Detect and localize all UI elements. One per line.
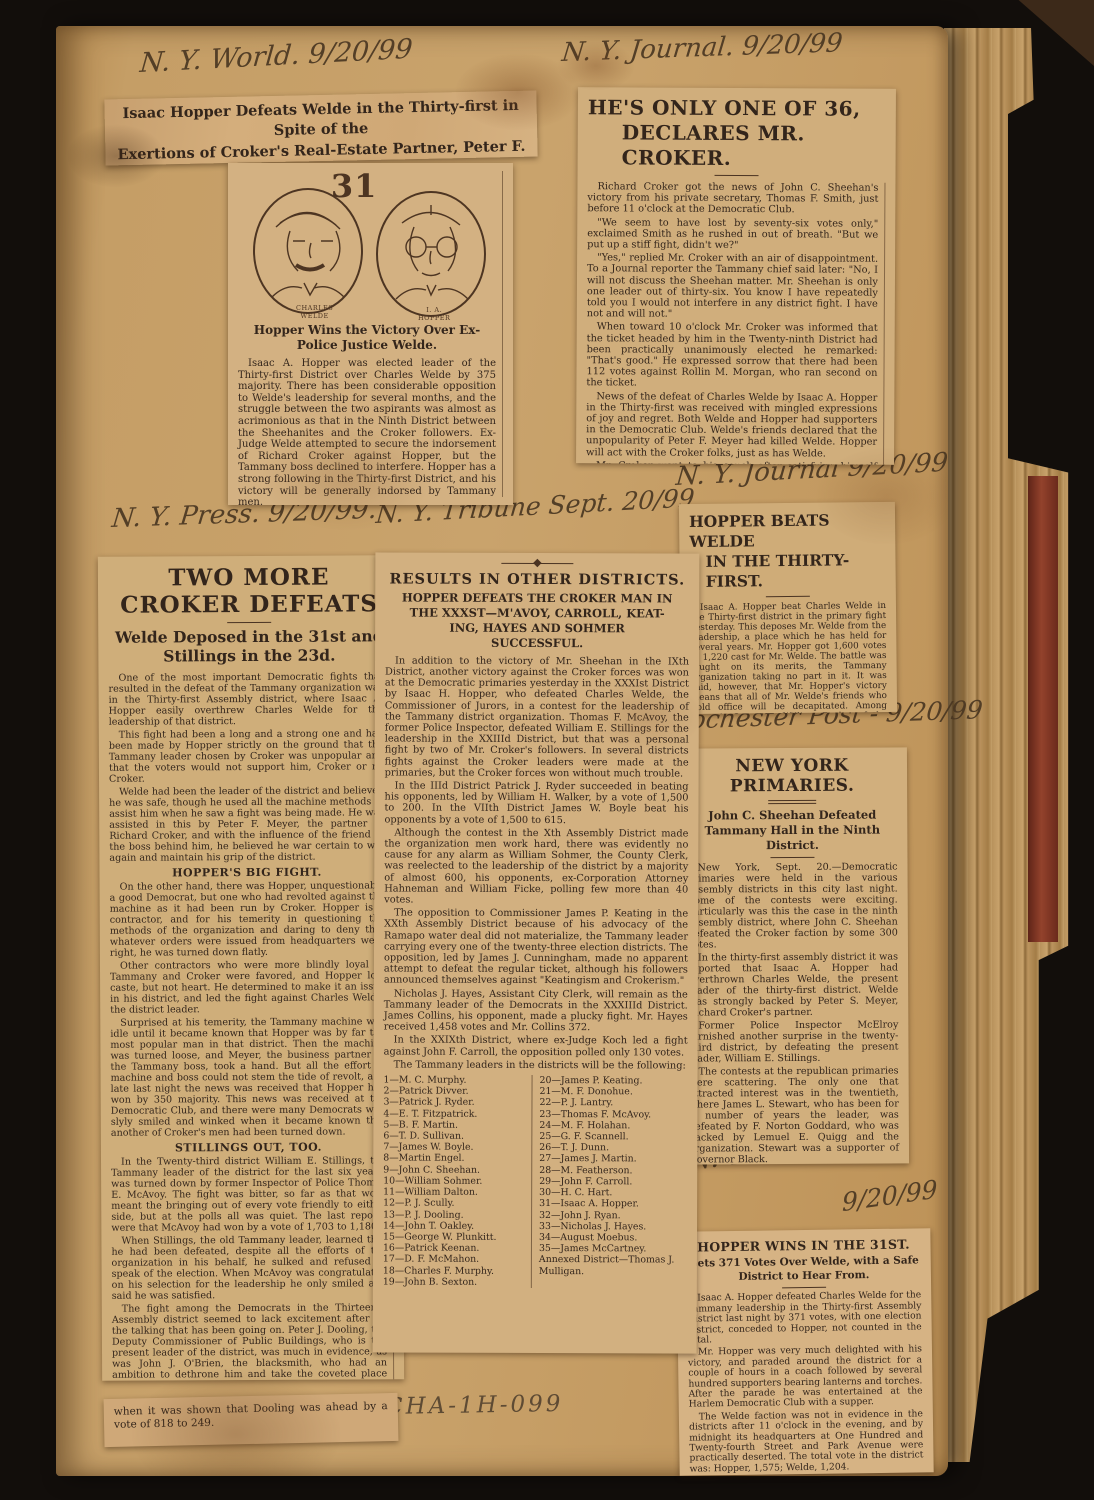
- headline: NEW YORK PRIMARIES.: [687, 755, 897, 796]
- clipping-hopper-beats-welde: HOPPER BEATS WELDE IN THE THIRTY-FIRST. …: [679, 502, 897, 714]
- headline-line: HE'S ONLY ONE OF 36,: [588, 95, 886, 122]
- leader-entry: 7—James W. Boyle.: [383, 1142, 531, 1154]
- clipping-press-tail: when it was shown that Dooling was ahead…: [104, 1393, 399, 1447]
- paragraph: This fight had been a long and a strong …: [109, 728, 384, 784]
- subheadline-line: HOPPER DEFEATS THE CROKER MAN IN: [385, 590, 689, 606]
- leader-entry: 11—William Dalton.: [383, 1187, 531, 1199]
- leader-entry: 13—P. J. Dooling.: [383, 1209, 531, 1221]
- paragraph: One of the most important Democratic fig…: [108, 671, 383, 727]
- portraits-illustration: 31: [238, 171, 496, 319]
- leader-entry: 5—B. F. Martin.: [383, 1119, 531, 1131]
- scrapbook-page: N. Y. World. 9/20/99 N. Y. Journal. 9/20…: [56, 26, 948, 1476]
- leader-entry: 12—P. J. Scully.: [383, 1198, 531, 1210]
- leader-entry: 21—M. F. Donohue.: [539, 1086, 687, 1098]
- leader-entry: 10—William Sohmer.: [383, 1175, 531, 1187]
- handwriting-ny-journal-top: N. Y. Journal. 9/20/99: [560, 28, 844, 68]
- paragraph: In the Twenty-third district William E. …: [111, 1155, 386, 1233]
- leader-entry: 19—John B. Sexton.: [383, 1276, 531, 1288]
- paragraph: Welde had been the leader of the distric…: [109, 785, 384, 863]
- printer-rule: [768, 800, 816, 804]
- leader-entry: 34—August Moebus.: [539, 1232, 687, 1244]
- article-body: In addition to the victory of Mr. Sheeha…: [384, 655, 689, 1071]
- article-body: One of the most important Democratic fig…: [108, 671, 384, 863]
- leader-entry: 32—John J. Ryan.: [539, 1210, 687, 1222]
- section-header: STILLINGS OUT, TOO.: [111, 1141, 386, 1153]
- leaders-column-2: 20—James P. Keating.21—M. F. Donohue.22—…: [531, 1075, 688, 1288]
- leaders-column-1: 1—M. C. Murphy.2—Patrick Divver.3—Patric…: [383, 1075, 532, 1288]
- paragraph: Isaac A. Hopper beat Charles Welde in th…: [690, 601, 888, 715]
- clipping-hopper-wins-31st: HOPPER WINS IN THE 31ST. Gets 371 Votes …: [676, 1228, 933, 1476]
- district-number-label: 31: [331, 167, 378, 205]
- paragraph: "Yes," replied Mr. Croker with an air of…: [587, 252, 878, 321]
- headline-line: IN THE THIRTY-FIRST.: [689, 550, 885, 592]
- paragraph: On the other hand, there was Hopper, unq…: [110, 880, 385, 958]
- headline-line: HOPPER BEATS WELDE: [689, 510, 885, 552]
- paragraph: In addition to the victory of Mr. Sheeha…: [385, 655, 689, 779]
- book-page-edges: [944, 28, 1072, 1462]
- paragraph: When toward 10 o'clock Mr. Croker was in…: [586, 322, 877, 391]
- printer-rule: [227, 622, 271, 623]
- article-body: Isaac A. Hopper was elected leader of th…: [238, 358, 496, 505]
- leader-entry: 27—James J. Martin.: [539, 1153, 687, 1165]
- leader-entry: 15—George W. Plunkitt.: [383, 1231, 531, 1243]
- article-body: New York, Sept. 20.—Democratic primaries…: [688, 861, 900, 1164]
- leader-entry: 17—D. F. McMahon.: [383, 1254, 531, 1266]
- leader-entry: 4—E. T. Fitzpatrick.: [383, 1108, 531, 1120]
- leader-entry: 9—John C. Sheehan.: [383, 1164, 531, 1176]
- paragraph: In the thirty-first assembly district it…: [688, 951, 898, 1018]
- leader-entry: 29—John F. Carroll.: [539, 1176, 687, 1188]
- leader-entry: 28—M. Featherson.: [539, 1165, 687, 1177]
- leader-entry: 22—P. J. Lantry.: [539, 1097, 687, 1109]
- paragraph: Mr. Hopper was very much delighted with …: [688, 1345, 923, 1411]
- leader-entry: 24—M. F. Holahan.: [539, 1120, 687, 1132]
- clipping-two-more-croker-defeats: TWO MORE CROKER DEFEATS Welde Deposed in…: [98, 555, 404, 1381]
- article-body: Isaac A. Hopper beat Charles Welde in th…: [690, 601, 888, 715]
- leader-entry: 6—T. D. Sullivan.: [383, 1131, 531, 1143]
- article-body: Richard Croker got the news of John C. S…: [586, 181, 886, 465]
- paragraph: New York, Sept. 20.—Democratic primaries…: [688, 861, 898, 950]
- book-edge-red-band: [1028, 476, 1058, 942]
- clipping-croker-declares: HE'S ONLY ONE OF 36, DECLARES MR. CROKER…: [576, 87, 896, 465]
- paragraph: Isaac A. Hopper was elected leader of th…: [238, 358, 496, 505]
- leader-entry: 2—Patrick Divver.: [383, 1086, 531, 1098]
- paragraph: Former Police Inspector McElroy furnishe…: [688, 1019, 898, 1064]
- handwriting-ny-times-date: 9/20/99: [842, 1174, 937, 1217]
- paragraph: Isaac A. Hopper defeated Charles Welde f…: [687, 1291, 922, 1346]
- paragraph: In the XXIXth District, where ex-Judge K…: [384, 1035, 688, 1058]
- paragraph: The opposition to Commissioner James P. …: [384, 908, 688, 987]
- leader-entry: 26—T. J. Dunn.: [539, 1142, 687, 1154]
- scrapbook-photo: N. Y. World. 9/20/99 N. Y. Journal. 9/20…: [0, 0, 1094, 1500]
- subheadline-line: ING, HAYES AND SOHMER: [385, 620, 689, 636]
- leader-entry: 14—John T. Oakley.: [383, 1220, 531, 1232]
- subheadline: Gets 371 Votes Over Welde, with a Safe D…: [687, 1254, 921, 1285]
- headline: HOPPER WINS IN THE 31ST.: [686, 1236, 920, 1254]
- section-header: HOPPER'S BIG FIGHT.: [109, 866, 384, 878]
- printer-rule: [766, 595, 810, 596]
- subheadline-line: SUCCESSFUL.: [385, 635, 689, 651]
- leader-entry: 33—Nicholas J. Hayes.: [539, 1221, 687, 1233]
- leader-entry: 30—H. C. Hart.: [539, 1187, 687, 1199]
- paragraph: "We seem to have lost by seventy-six vot…: [587, 217, 878, 252]
- leader-entry: 1—M. C. Murphy.: [384, 1075, 532, 1087]
- leader-entry: Annexed District—Thomas J. Mulligan.: [539, 1254, 687, 1277]
- clipping-world-article: 31: [228, 163, 513, 505]
- paragraph: Nicholas J. Hayes, Assistant City Clerk,…: [384, 988, 688, 1034]
- handwriting-ny-world: N. Y. World. 9/20/99: [139, 34, 414, 79]
- leader-entry: 16—Patrick Keenan.: [383, 1243, 531, 1255]
- leader-entry: 18—Charles F. Murphy.: [383, 1265, 531, 1277]
- paragraph: Although the contest in the Xth Assembly…: [384, 827, 688, 906]
- printer-ornament: [501, 563, 573, 564]
- headline: RESULTS IN OTHER DISTRICTS.: [385, 570, 689, 588]
- headline: TWO MORE CROKER DEFEATS: [108, 563, 390, 618]
- leader-entry: 35—James McCartney.: [539, 1243, 687, 1255]
- clipping-results-other-districts: RESULTS IN OTHER DISTRICTS. HOPPER DEFEA…: [373, 552, 700, 1353]
- leader-entry: 25—G. F. Scannell.: [539, 1131, 687, 1143]
- article-caption: Hopper Wins the Victory Over Ex- Police …: [238, 323, 496, 353]
- handwriting-catalog-code: CHA-1H-099: [385, 1391, 564, 1420]
- subheadline-lines: HOPPER DEFEATS THE CROKER MAN INTHE XXXS…: [385, 590, 689, 651]
- tammany-leaders-list: 1—M. C. Murphy.2—Patrick Divver.3—Patric…: [383, 1075, 688, 1289]
- clipping-world-headline: Isaac Hopper Defeats Welde in the Thirty…: [104, 90, 537, 165]
- leader-entry: 8—Martin Engel.: [383, 1153, 531, 1165]
- article-body: In the Twenty-third district William E. …: [111, 1155, 387, 1381]
- paragraph: Other contractors who were more blindly …: [110, 959, 385, 1015]
- paragraph: When Stillings, the old Tammany leader, …: [111, 1234, 386, 1301]
- paragraph: The Welde faction was not in evidence in…: [689, 1409, 924, 1475]
- leader-entry: 31—Isaac A. Hopper.: [539, 1198, 687, 1210]
- clipping-new-york-primaries: NEW YORK PRIMARIES. John C. Sheehan Defe…: [677, 747, 909, 1164]
- subheadline-line: THE XXXST—M'AVOY, CARROLL, KEAT-: [385, 605, 689, 621]
- hopper-portrait-caption: I. A. Hopper: [418, 307, 450, 323]
- paragraph: Richard Croker got the news of John C. S…: [587, 181, 878, 216]
- paragraph: News of the defeat of Charles Welde by I…: [586, 391, 877, 460]
- subheadline: Welde Deposed in the 31st and Stillings …: [108, 626, 390, 666]
- paragraph: The fight among the Democrats in the Thi…: [112, 1302, 388, 1381]
- paragraph: The contests at the republican primaries…: [689, 1065, 900, 1164]
- printer-rule: [770, 857, 814, 858]
- printer-rule: [715, 175, 759, 176]
- welde-portrait-caption: Charles Welde: [296, 305, 333, 321]
- subheadline: John C. Sheehan Defeated Tammany Hall in…: [687, 807, 897, 853]
- paragraph: In the IIId District Patrick J. Ryder su…: [384, 780, 688, 826]
- tail-text: when it was shown that Dooling was ahead…: [114, 1400, 388, 1431]
- paragraph: The Tammany leaders in the districts wil…: [384, 1059, 688, 1071]
- leader-entry: 20—James P. Keating.: [540, 1075, 688, 1087]
- headline-line: DECLARES MR. CROKER.: [588, 120, 886, 172]
- leader-entry: 3—Patrick J. Ryder.: [383, 1097, 531, 1109]
- leader-entry: 23—Thomas F. McAvoy.: [539, 1109, 687, 1121]
- printer-rule: [782, 1287, 826, 1289]
- paragraph: Surprised at his temerity, the Tammany m…: [110, 1016, 386, 1138]
- article-body: Isaac A. Hopper defeated Charles Welde f…: [687, 1291, 924, 1475]
- article-body: On the other hand, there was Hopper, unq…: [110, 880, 386, 1138]
- headline-lines: Isaac Hopper Defeats Welde in the Thirty…: [112, 96, 530, 166]
